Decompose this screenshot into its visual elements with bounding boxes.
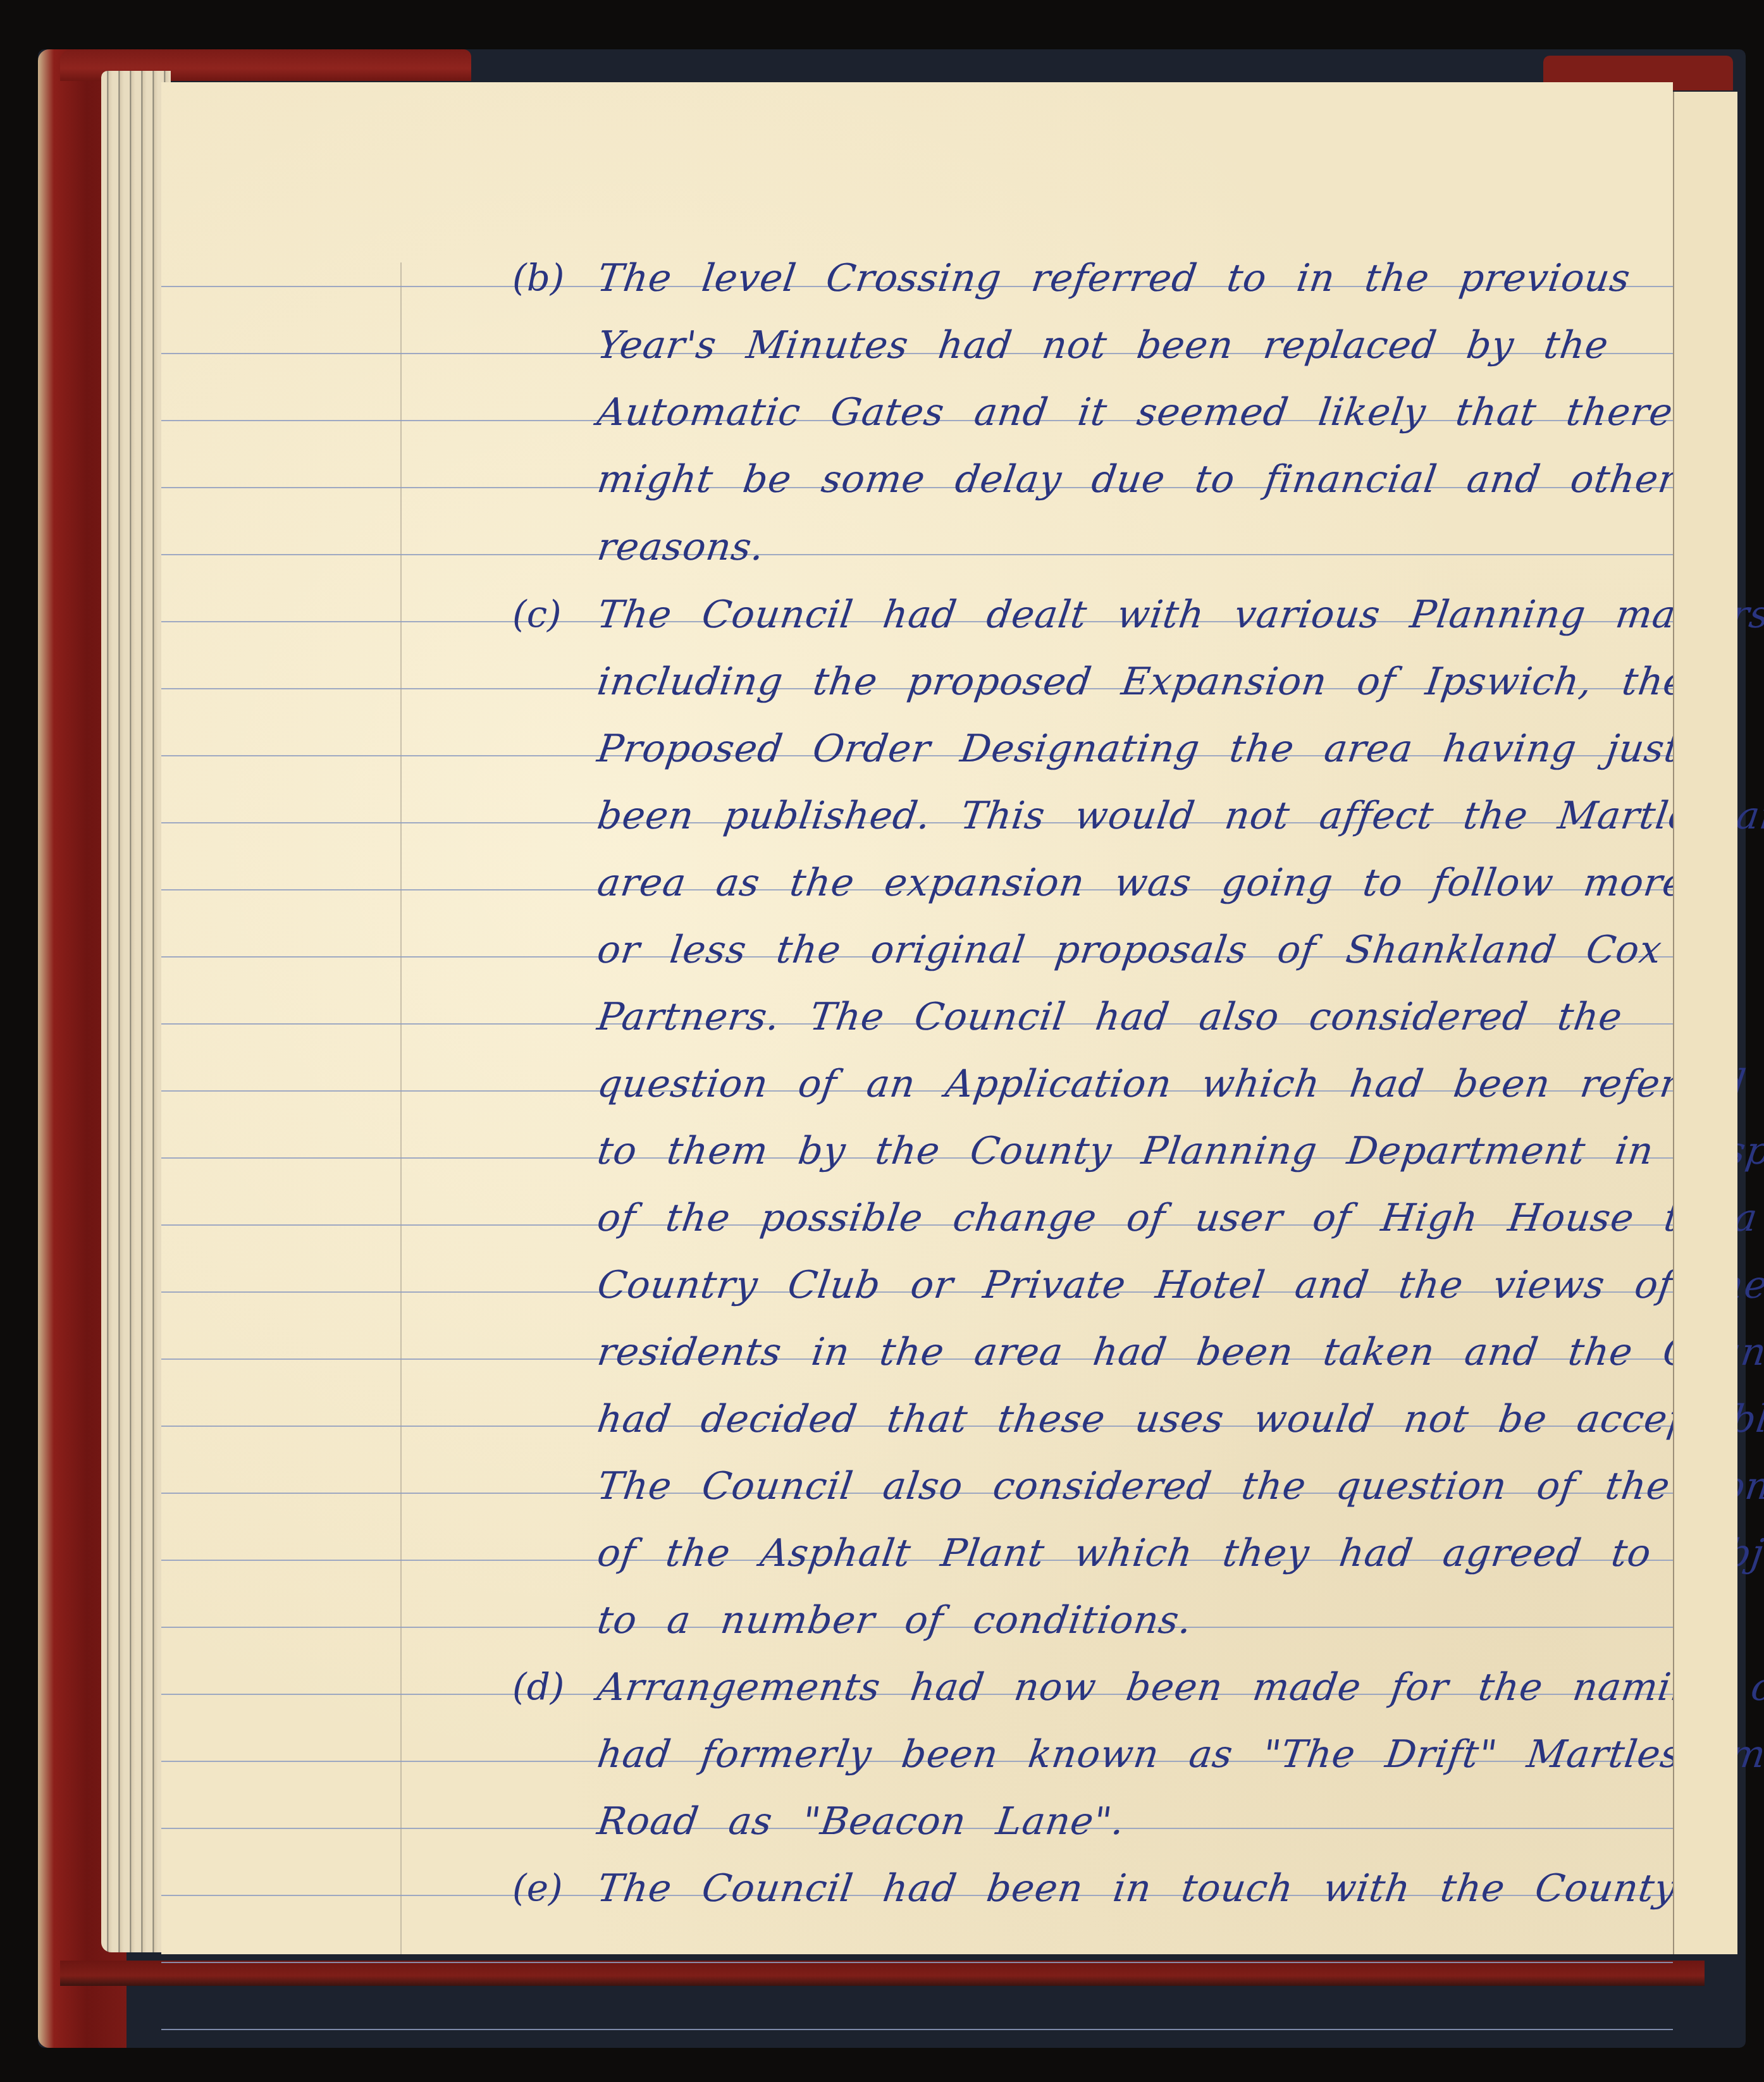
- item-b-line-2: Year's Minutes had not been replaced by …: [595, 326, 1611, 364]
- item-c-line-13: had decided that these uses would not be…: [595, 1400, 1764, 1438]
- ruled-line: [161, 1962, 1673, 1963]
- item-label-e: (e): [512, 1869, 563, 1906]
- ruled-line: [161, 554, 1673, 555]
- item-c-line-8: question of an Application which had bee…: [595, 1065, 1749, 1103]
- item-c-line-6: or less the original proposals of Shankl…: [595, 931, 1729, 969]
- item-b-line-1: The level Crossing referred to in the pr…: [595, 259, 1633, 297]
- item-c-line-7: Partners. The Council had also considere…: [595, 998, 1625, 1036]
- item-c-line-3: Proposed Order Designating the area havi…: [595, 730, 1683, 768]
- item-label-d: (d): [512, 1668, 564, 1705]
- item-c-line-12: residents in the area had been taken and…: [595, 1333, 1764, 1371]
- item-b-line-3: Automatic Gates and it seemed likely tha…: [595, 393, 1675, 431]
- item-d-line-3: Road as "Beacon Lane".: [595, 1802, 1127, 1840]
- item-b-line-5: reasons.: [595, 528, 767, 566]
- item-c-line-2: including the proposed Expansion of Ipsw…: [595, 663, 1689, 701]
- item-c-line-16: to a number of conditions.: [595, 1601, 1195, 1639]
- item-label-b: (b): [512, 259, 564, 296]
- notebook-page: (b) The level Crossing referred to in th…: [161, 82, 1673, 1954]
- ruled-line: [161, 2029, 1673, 2030]
- item-d-line-2: had formerly been known as "The Drift" M…: [595, 1735, 1764, 1773]
- item-c-line-5: area as the expansion was going to follo…: [595, 864, 1689, 902]
- item-c-line-10: of the possible change of user of High H…: [595, 1199, 1760, 1237]
- item-e-line-1: The Council had been in touch with the C…: [595, 1869, 1679, 1907]
- book-cover-bottom-edge: [60, 1961, 1705, 1986]
- item-c-line-11: Country Club or Private Hotel and the vi…: [595, 1266, 1764, 1304]
- item-d-line-1: Arrangements had now been made for the n…: [595, 1668, 1764, 1706]
- item-b-line-4: might be some delay due to financial and…: [595, 460, 1680, 498]
- item-c-line-1: The Council had dealt with various Plann…: [595, 596, 1764, 634]
- item-c-line-15: of the Asphalt Plant which they had agre…: [595, 1534, 1764, 1572]
- margin-line: [400, 262, 402, 1954]
- page-edge-stack: [101, 71, 171, 1952]
- item-c-line-14: The Council also considered the question…: [595, 1467, 1764, 1505]
- item-c-line-4: been published. This would not affect th…: [595, 797, 1764, 835]
- facing-page-edge: [1673, 92, 1737, 1954]
- item-c-line-9: to them by the County Planning Departmen…: [595, 1132, 1764, 1170]
- item-label-c: (c): [512, 596, 562, 632]
